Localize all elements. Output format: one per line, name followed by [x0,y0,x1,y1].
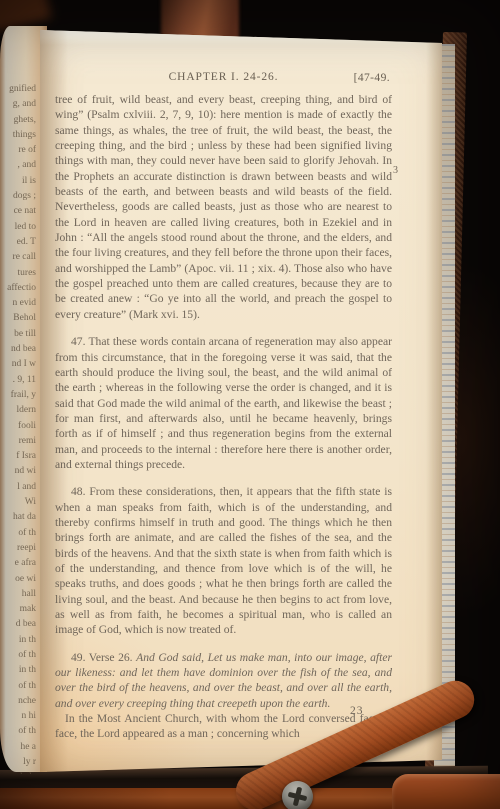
book-page: CHAPTER I. 24-26. [47-49. tree of fruit,… [40,28,442,774]
paragraph-49-lead: 49. Verse 26. [71,651,136,664]
margin-note: 3 [393,165,398,176]
paragraph-range: [47-49. [354,72,390,84]
book-photo-scene: gnified g, and ghets, things re of , and… [0,0,500,809]
page-text-column: tree of fruit, wild beast, and every bea… [55,92,392,742]
left-page-text-fragments: gnified g, and ghets, things re of , and… [0,82,36,774]
page-number: 23 [350,705,364,717]
page-right-shadow [426,28,442,774]
paragraph-49: 49. Verse 26. And God said, Let us make … [55,650,392,711]
paragraph-47: 47. That these words contain arcana of r… [55,334,392,472]
paragraph-48: 48. From these considerations, then, it … [55,484,392,637]
left-page-curl: gnified g, and ghets, things re of , and… [0,26,47,772]
chapter-heading: CHAPTER I. 24-26. [55,71,392,83]
page-header: CHAPTER I. 24-26. [47-49. [55,71,392,87]
paragraph-continuation: tree of fruit, wild beast, and every bea… [55,92,392,322]
stand-ledge [392,774,500,809]
paper-top-edge [40,28,442,45]
